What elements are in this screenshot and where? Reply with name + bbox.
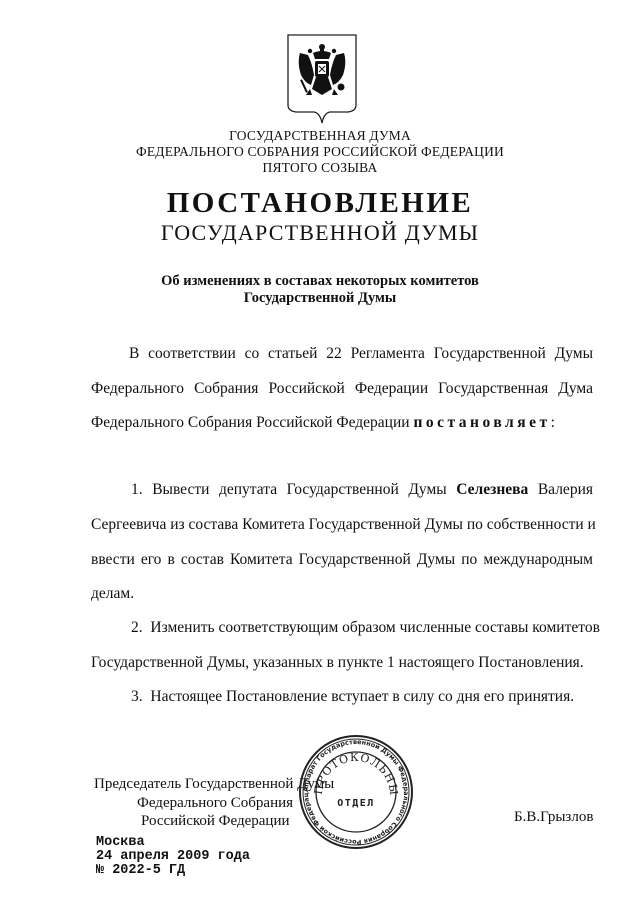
preamble-line-2: Федерального Собрания Российской Федерац… <box>91 380 593 398</box>
resolves-keyword: постановляет <box>413 414 550 431</box>
official-seal-stamp: Аппарат Государственной Думы Федеральног… <box>296 733 416 851</box>
date-of-signing: 24 апреля 2009 года <box>96 850 250 864</box>
convocation-line: ПЯТОГО СОЗЫВА <box>0 160 640 176</box>
preamble-line-3: Федерального Собрания Российской Федерац… <box>91 414 555 432</box>
subject-line-1: Об изменениях в составах некоторых комит… <box>0 273 640 290</box>
issuer-line-2: ФЕДЕРАЛЬНОГО СОБРАНИЯ РОССИЙСКОЙ ФЕДЕРАЦ… <box>0 144 640 160</box>
document-subject: Об изменениях в составах некоторых комит… <box>0 273 640 307</box>
item-1-line-3: ввести его в состав Комитета Государстве… <box>91 551 593 569</box>
item-1-line-2: Сергеевича из состава Комитета Государст… <box>91 516 593 534</box>
item-1-line-4: делам. <box>91 585 134 603</box>
russian-coat-of-arms-icon <box>286 33 358 125</box>
item-1-line-1: 1. Вывести депутата Государственной Думы… <box>131 481 593 499</box>
item-3-line-1: 3. Настоящее Постановление вступает в си… <box>131 688 574 706</box>
deputy-surname: Селезнева <box>456 481 528 498</box>
document-type-title: ПОСТАНОВЛЕНИЕ <box>0 187 640 220</box>
item-2-line-1: 2. Изменить соответствующим образом числ… <box>131 619 600 637</box>
preamble-line-1: В соответствии со статьей 22 Регламента … <box>129 345 593 363</box>
signatory-name: Б.В.Грызлов <box>514 809 593 826</box>
place-of-signing: Москва <box>96 836 145 850</box>
item-2-line-2: Государственной Думы, указанных в пункте… <box>91 654 584 672</box>
document-type-subtitle: ГОСУДАРСТВЕННОЙ ДУМЫ <box>0 220 640 246</box>
stamp-center-text: ОТДЕЛ <box>337 798 375 809</box>
issuer-line-1: ГОСУДАРСТВЕННАЯ ДУМА <box>0 128 640 144</box>
subject-line-2: Государственной Думы <box>0 290 640 307</box>
signatory-title-line-3: Российской Федерации <box>141 813 290 830</box>
signatory-title-line-2: Федерального Собрания <box>137 795 293 812</box>
document-number: № 2022-5 ГД <box>96 864 185 878</box>
